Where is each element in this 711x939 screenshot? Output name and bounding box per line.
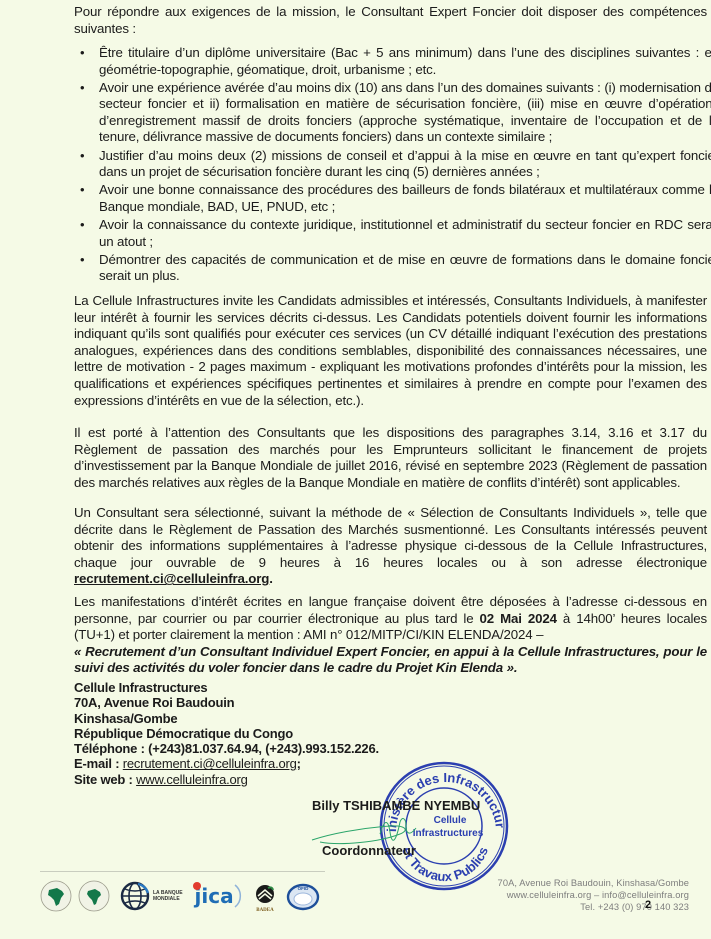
partner-logos: LA BANQUE MONDIALE jica BADEA OFID	[40, 876, 320, 916]
logo-world-bank: LA BANQUE MONDIALE	[120, 881, 183, 911]
jica-arc-icon	[234, 883, 244, 909]
africa-map-icon	[78, 880, 110, 912]
world-bank-label-2: MONDIALE	[153, 896, 183, 902]
badea-logo: BADEA	[250, 879, 280, 913]
globe-icon	[120, 881, 150, 911]
selection-text: Un Consultant sera sélectionné, suivant …	[74, 505, 707, 588]
web-label: Site web :	[74, 772, 136, 787]
address-web: Site web : www.celluleinfra.org	[74, 772, 379, 787]
selection-suffix: .	[269, 571, 273, 586]
address-org: Cellule Infrastructures	[74, 680, 379, 695]
logo-badea: BADEA	[250, 879, 280, 913]
footer-phone: Tel. +243 (0) 970 140 323	[498, 901, 689, 913]
website-link[interactable]: www.celluleinfra.org	[136, 772, 248, 787]
invitation-paragraph: La Cellule Infrastructures invite les Ca…	[74, 293, 707, 409]
ofid-logo: OFID	[286, 881, 320, 911]
page-number: 2	[645, 899, 651, 911]
list-item: Avoir une expérience avérée d’au moins d…	[99, 80, 711, 146]
document-page: Pour répondre aux exigences de la missio…	[0, 0, 711, 939]
list-item: Avoir une bonne connaissance des procédu…	[99, 182, 711, 215]
list-item: Démontrer des capacités de communication…	[99, 252, 711, 285]
jica-logo: jica	[195, 884, 234, 908]
list-item: Avoir la connaissance du contexte juridi…	[99, 217, 711, 250]
logo-jica: jica	[195, 883, 244, 909]
deadline-paragraph: Les manifestations d’intérêt écrites en …	[74, 594, 707, 677]
recruitment-email-link[interactable]: recrutement.ci@celluleinfra.org	[74, 571, 269, 586]
jica-dot-icon	[193, 882, 201, 890]
signatory-name: Billy TSHIBAMBE NYEMBU	[312, 798, 480, 813]
list-item: Justifier d’au moins deux (2) missions d…	[99, 148, 711, 181]
footer-contact: 70A, Avenue Roi Baudouin, Kinshasa/Gombe…	[498, 877, 689, 913]
signatory-role: Coordonnateur	[322, 843, 416, 858]
phone-label: Téléphone :	[74, 741, 148, 756]
deadline-date: 02 Mai 2024	[480, 611, 557, 626]
invitation-text: La Cellule Infrastructures invite les Ca…	[74, 293, 707, 409]
contact-address-block: Cellule Infrastructures 70A, Avenue Roi …	[74, 680, 379, 787]
badea-label: BADEA	[256, 908, 274, 913]
footer-web-email: www.celluleinfra.org – info@celluleinfra…	[498, 889, 689, 901]
stamp-center-1: Cellule	[434, 815, 467, 826]
list-item: Être titulaire d’un diplôme universitair…	[99, 45, 711, 78]
email-suffix: ;	[297, 756, 301, 771]
footer-divider	[40, 871, 325, 872]
world-bank-label: LA BANQUE MONDIALE	[153, 890, 183, 902]
intro-paragraph: Pour répondre aux exigences de la missio…	[74, 4, 707, 37]
address-email: E-mail : recrutement.ci@celluleinfra.org…	[74, 756, 379, 771]
address-country: République Démocratique du Congo	[74, 726, 379, 741]
deadline-mention: « Recrutement d’un Consultant Individuel…	[74, 644, 707, 676]
logo-ofid: OFID	[286, 881, 320, 911]
address-city: Kinshasa/Gombe	[74, 711, 379, 726]
intro-text: Pour répondre aux exigences de la missio…	[74, 4, 707, 37]
selection-body: Un Consultant sera sélectionné, suivant …	[74, 505, 707, 570]
address-street: 70A, Avenue Roi Baudouin	[74, 695, 379, 710]
rules-paragraph: Il est porté à l’attention des Consultan…	[74, 425, 707, 491]
ofid-label: OFID	[297, 886, 308, 891]
requirements-list: Être titulaire d’un diplôme universitair…	[74, 45, 711, 286]
address-phone: Téléphone : (+243)81.037.64.94, (+243).9…	[74, 741, 379, 756]
selection-paragraph: Un Consultant sera sélectionné, suivant …	[74, 505, 707, 588]
africa-map-icon	[40, 880, 72, 912]
rules-text: Il est porté à l’attention des Consultan…	[74, 425, 707, 491]
phone-value: (+243)81.037.64.94, (+243).993.152.226.	[148, 741, 379, 756]
email-label: E-mail :	[74, 756, 123, 771]
footer-address: 70A, Avenue Roi Baudouin, Kinshasa/Gombe	[498, 877, 689, 889]
logo-bad	[40, 880, 72, 912]
deadline-text: Les manifestations d’intérêt écrites en …	[74, 594, 707, 677]
logo-fad	[78, 880, 110, 912]
address-email-link[interactable]: recrutement.ci@celluleinfra.org	[123, 756, 297, 771]
